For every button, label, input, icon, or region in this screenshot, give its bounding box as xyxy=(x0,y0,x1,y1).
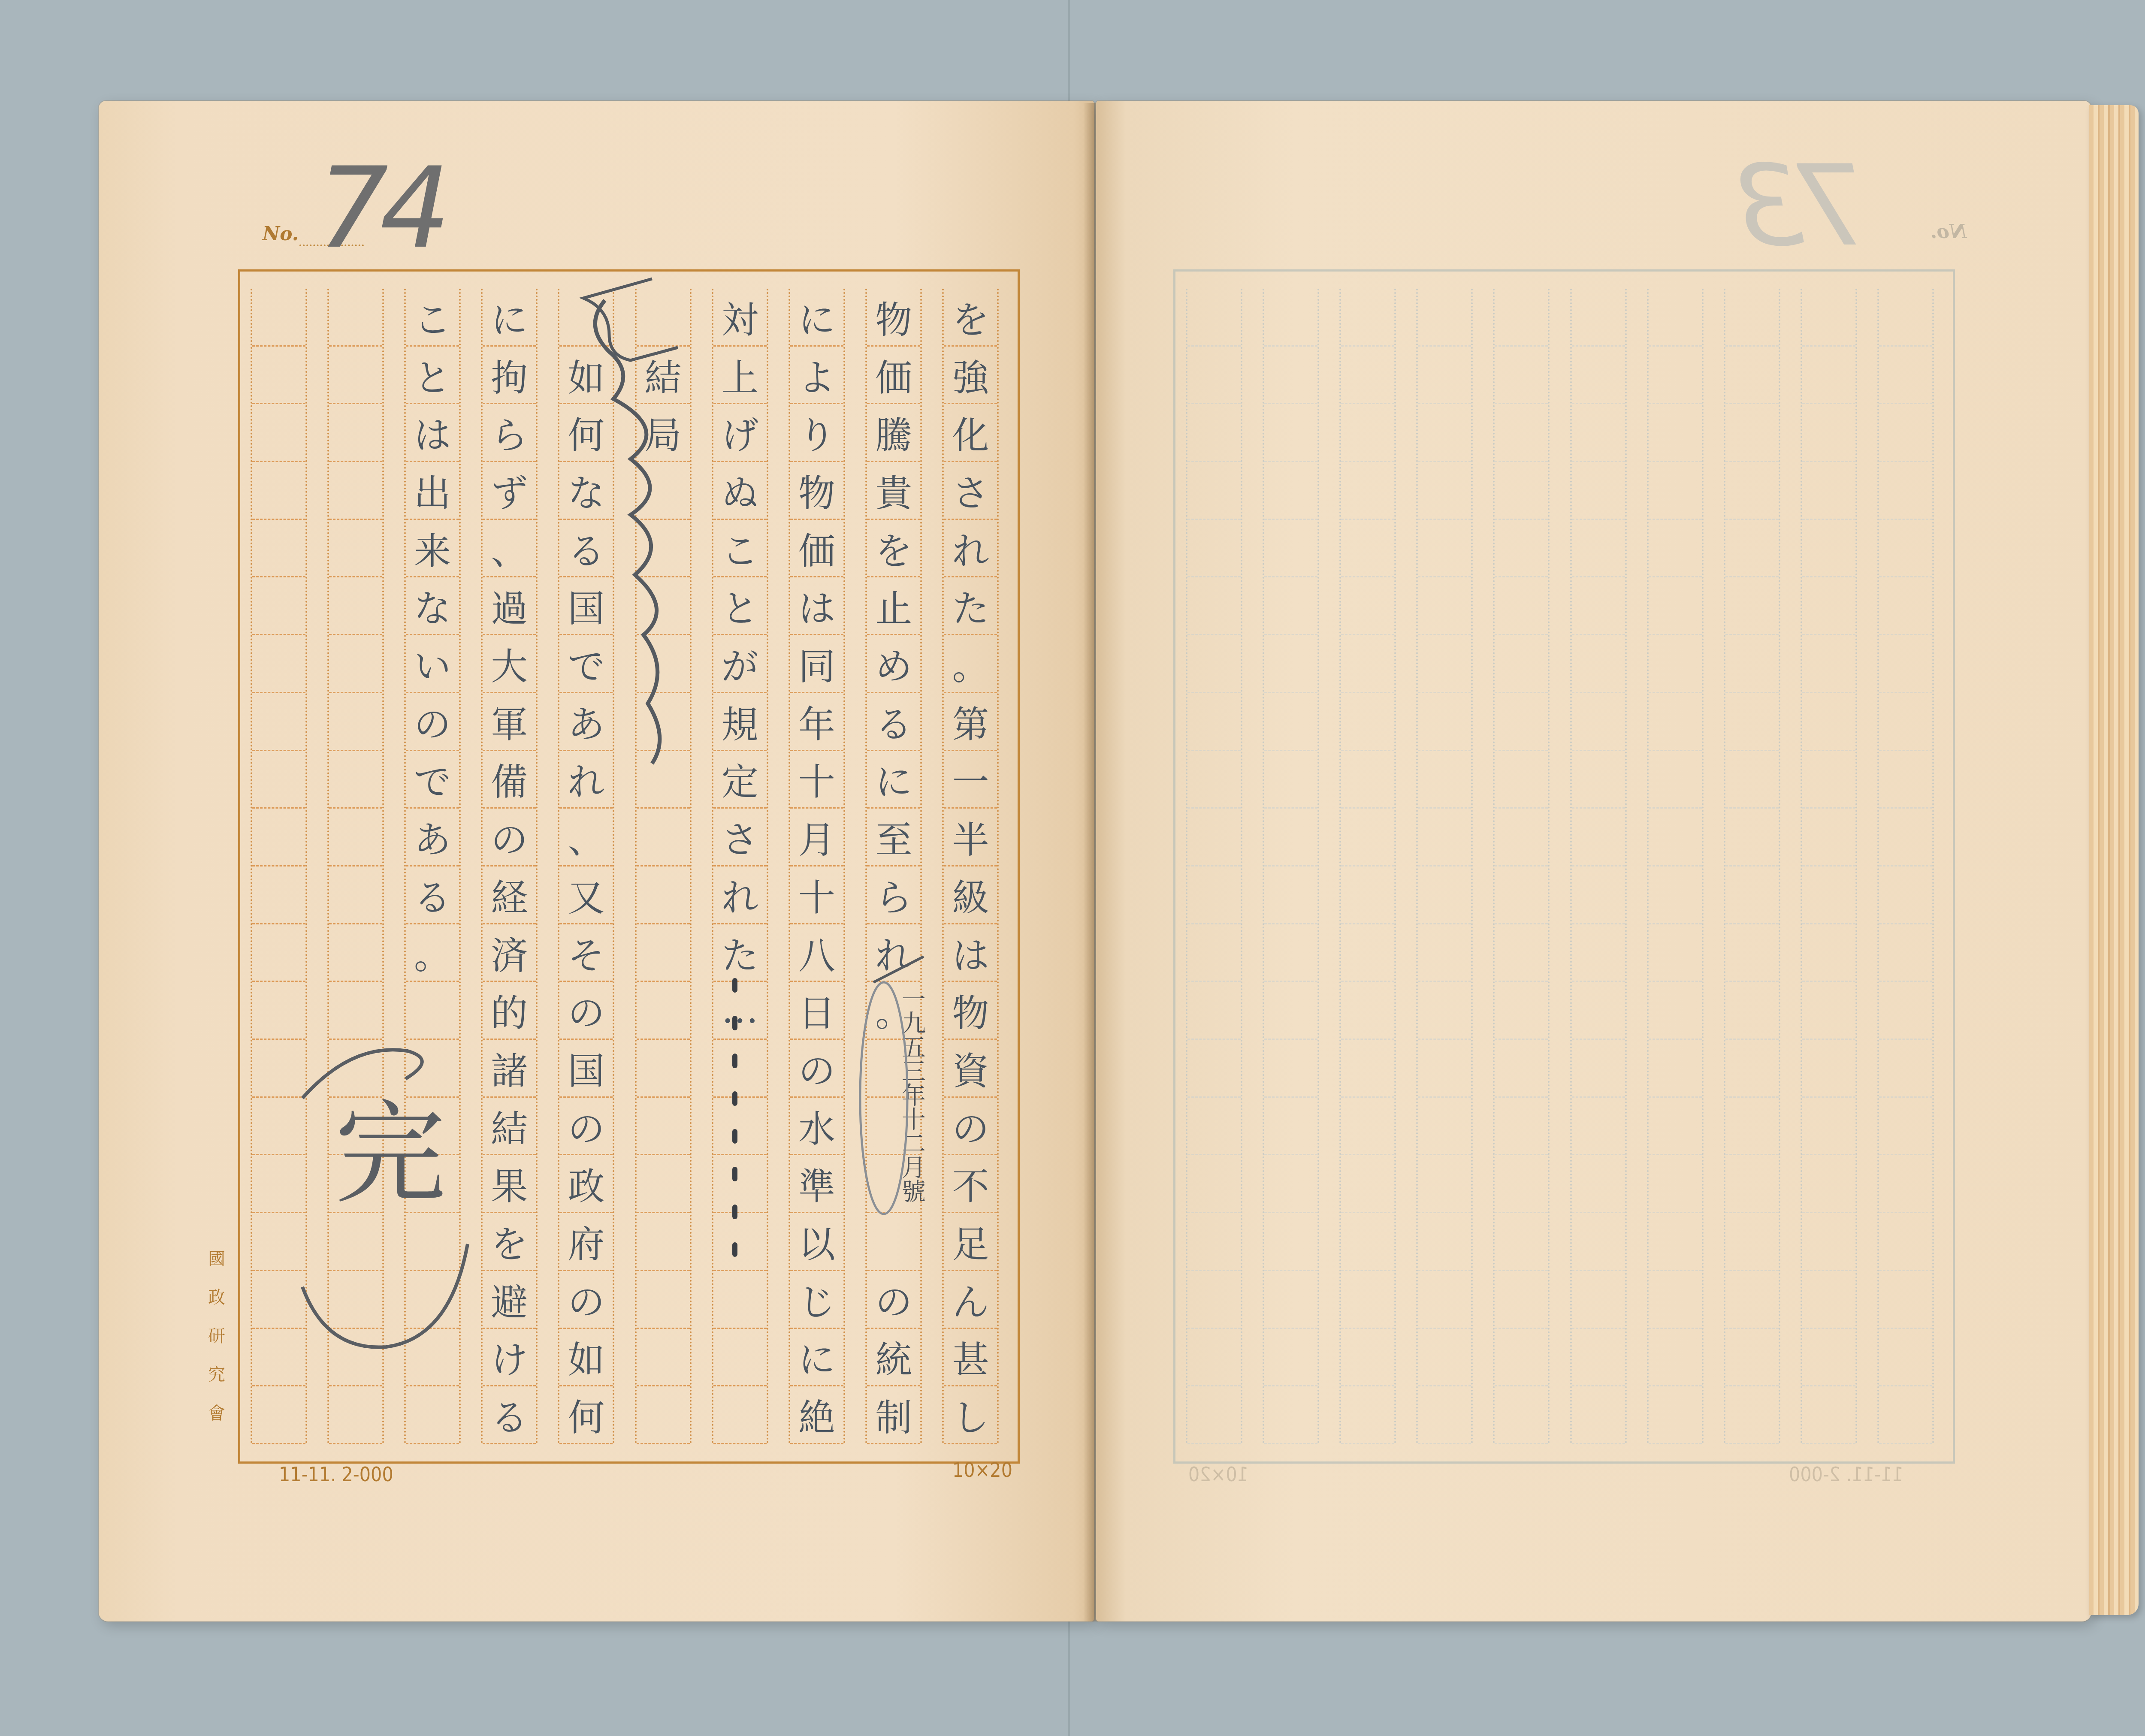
grid-cell xyxy=(1264,809,1317,866)
grid-cell: の xyxy=(406,693,459,751)
grid-cell xyxy=(1649,347,1702,405)
grid-cell xyxy=(1572,982,1625,1040)
grid-cell xyxy=(1264,1271,1317,1329)
grid-cell xyxy=(1649,809,1702,866)
page-number-label: No. xyxy=(263,223,299,245)
grid-cell xyxy=(1187,693,1241,751)
grid-cell xyxy=(1495,635,1548,693)
grid-cell xyxy=(1495,578,1548,636)
grid-cell: 年 xyxy=(790,693,843,751)
grid-cell: た xyxy=(713,924,767,982)
grid-cell: 止 xyxy=(867,578,920,636)
grid-cell: で xyxy=(559,635,613,693)
grid-cell xyxy=(1187,1156,1241,1214)
grid-cell xyxy=(1879,751,1932,809)
grid-cell: こ xyxy=(713,520,767,578)
grid-cell xyxy=(1187,1040,1241,1098)
grid-cell xyxy=(1879,1156,1932,1214)
grid-cell xyxy=(1802,1213,1855,1271)
grid-cell: 月 xyxy=(790,809,843,866)
grid-cell xyxy=(1572,1098,1625,1156)
grid-column xyxy=(251,289,307,1444)
grid-cell xyxy=(637,751,690,809)
grid-cell xyxy=(252,1213,305,1271)
grid-cell: 貴 xyxy=(867,462,920,520)
grid-cell xyxy=(1187,1098,1241,1156)
handwritten-page-number: 74 xyxy=(317,144,442,273)
grid-cell xyxy=(329,1213,382,1271)
grid-column xyxy=(1339,289,1396,1444)
grid-cell: 国 xyxy=(559,1040,613,1098)
grid-cell xyxy=(1572,1156,1625,1214)
grid-cell: た xyxy=(944,578,997,636)
grid-cell xyxy=(1725,635,1779,693)
grid-cell xyxy=(406,1271,459,1329)
grid-cell xyxy=(1879,462,1932,520)
grid-cell xyxy=(1341,347,1394,405)
grid-cell xyxy=(1725,289,1779,347)
grid-cell xyxy=(1725,866,1779,924)
grid-cell xyxy=(637,578,690,636)
grid-cell xyxy=(1649,693,1702,751)
grid-cell xyxy=(1572,924,1625,982)
grid-cell xyxy=(252,404,305,462)
grid-cell xyxy=(1495,982,1548,1040)
grid-cell xyxy=(1418,982,1471,1040)
grid-cell: の xyxy=(944,1098,997,1156)
grid-cell: は xyxy=(944,924,997,982)
grid-cell xyxy=(1725,462,1779,520)
grid-cell: が xyxy=(713,635,767,693)
grid-cell xyxy=(713,1329,767,1387)
grid-cell xyxy=(1187,1213,1241,1271)
grid-column: 結局 xyxy=(635,289,692,1444)
grid-cell xyxy=(1187,751,1241,809)
grid-cell: る xyxy=(406,866,459,924)
manuscript-grid: を強化された。第一半級は物資の不足ん甚し物価騰貴を止めるに至られ。の統制により物… xyxy=(238,269,1020,1464)
grid-cell xyxy=(1572,1386,1625,1444)
grid-cell xyxy=(329,1329,382,1387)
show-through-page-label: No. xyxy=(1930,221,1967,243)
grid-cell xyxy=(637,1271,690,1329)
grid-cell: け xyxy=(483,1329,536,1387)
grid-cell xyxy=(1264,289,1317,347)
grid-cell xyxy=(1187,982,1241,1040)
grid-cell xyxy=(252,1329,305,1387)
grid-cell xyxy=(1418,635,1471,693)
grid-cell xyxy=(1341,693,1394,751)
grid-cell xyxy=(252,1098,305,1156)
grid-cell: 物 xyxy=(944,982,997,1040)
grid-cell: 局 xyxy=(637,404,690,462)
grid-cell xyxy=(1341,1329,1394,1387)
grid-cell xyxy=(1802,751,1855,809)
grid-cell xyxy=(1341,635,1394,693)
grid-cell xyxy=(1418,866,1471,924)
publisher-char: 研 xyxy=(206,1317,227,1356)
grid-cell xyxy=(1879,693,1932,751)
grid-cell: 十 xyxy=(790,866,843,924)
grid-cell xyxy=(1341,520,1394,578)
grid-cell xyxy=(1572,289,1625,347)
grid-cell xyxy=(252,924,305,982)
grid-cell xyxy=(1879,1271,1932,1329)
grid-cell xyxy=(1341,1098,1394,1156)
grid-cell xyxy=(329,866,382,924)
grid-cell: ず xyxy=(483,462,536,520)
grid-cell xyxy=(1725,1213,1779,1271)
grid-cell: を xyxy=(483,1213,536,1271)
grid-cell xyxy=(1879,866,1932,924)
grid-cell xyxy=(1802,404,1855,462)
grid-cell xyxy=(1341,404,1394,462)
grid-cell: 十 xyxy=(790,751,843,809)
grid-cell xyxy=(1802,347,1855,405)
grid-cell xyxy=(1725,1040,1779,1098)
grid-cell xyxy=(1802,809,1855,866)
grid-cell: 物 xyxy=(790,462,843,520)
grid-cell: 足 xyxy=(944,1213,997,1271)
grid-cell xyxy=(1649,1040,1702,1098)
grid-cell: 日 xyxy=(790,982,843,1040)
grid-cell xyxy=(637,924,690,982)
grid-cell xyxy=(1802,982,1855,1040)
grid-cell xyxy=(1341,809,1394,866)
grid-cell xyxy=(252,635,305,693)
grid-cell xyxy=(1264,404,1317,462)
grid-cell xyxy=(329,1098,382,1156)
grid-cell xyxy=(1264,924,1317,982)
grid-cell xyxy=(1802,1329,1855,1387)
grid-cell: る xyxy=(867,693,920,751)
grid-cell xyxy=(1418,520,1471,578)
grid-cell xyxy=(1418,809,1471,866)
grid-cell: 、 xyxy=(483,520,536,578)
grid-cell xyxy=(1495,809,1548,866)
grid-cell xyxy=(637,982,690,1040)
grid-cell: 何 xyxy=(559,1386,613,1444)
grid-cell xyxy=(1418,1271,1471,1329)
grid-cell xyxy=(252,751,305,809)
grid-cell: 府 xyxy=(559,1213,613,1271)
grid-cell xyxy=(1572,462,1625,520)
grid-cell xyxy=(1418,347,1471,405)
grid-cell xyxy=(1187,578,1241,636)
grid-cell xyxy=(1341,1213,1394,1271)
grid-cell xyxy=(1802,693,1855,751)
grid-cell xyxy=(1572,1329,1625,1387)
grid-cell xyxy=(1725,404,1779,462)
grid-cell xyxy=(1572,1040,1625,1098)
grid-cell: ら xyxy=(483,404,536,462)
grid-cell: こ xyxy=(406,289,459,347)
grid-cell: 政 xyxy=(559,1156,613,1214)
grid-cell: ら xyxy=(867,866,920,924)
grid-cell: 以 xyxy=(790,1213,843,1271)
grid-cell xyxy=(329,751,382,809)
grid-cell xyxy=(1264,1329,1317,1387)
grid-cell: 的 xyxy=(483,982,536,1040)
grid-column: を強化された。第一半級は物資の不足ん甚し xyxy=(942,289,999,1444)
grid-cell xyxy=(1264,1213,1317,1271)
grid-cell xyxy=(1649,404,1702,462)
grid-cell xyxy=(1341,289,1394,347)
grid-cell xyxy=(1725,924,1779,982)
show-through-grid-size: 10×20 xyxy=(1188,1463,1248,1486)
grid-cell: 過 xyxy=(483,578,536,636)
grid-cell: 八 xyxy=(790,924,843,982)
grid-cell xyxy=(1802,866,1855,924)
grid-cell xyxy=(252,289,305,347)
grid-cell: 至 xyxy=(867,809,920,866)
grid-cell xyxy=(329,693,382,751)
publisher-char: 政 xyxy=(206,1278,227,1317)
grid-cell xyxy=(1495,1329,1548,1387)
grid-cell xyxy=(1802,1386,1855,1444)
grid-cell: 避 xyxy=(483,1271,536,1329)
grid-cell xyxy=(1264,982,1317,1040)
grid-cell xyxy=(637,289,690,347)
grid-cell xyxy=(1802,1040,1855,1098)
grid-cell: 資 xyxy=(944,1040,997,1098)
grid-cell: 結 xyxy=(637,347,690,405)
grid-cell xyxy=(1879,289,1932,347)
grid-cell xyxy=(329,462,382,520)
grid-cell: 準 xyxy=(790,1156,843,1214)
grid-cell: 結 xyxy=(483,1098,536,1156)
grid-cell: 制 xyxy=(867,1386,920,1444)
grid-cell xyxy=(1572,809,1625,866)
grid-cell xyxy=(1879,982,1932,1040)
grid-cell xyxy=(1879,1040,1932,1098)
grid-cell xyxy=(1418,462,1471,520)
grid-cell: 第 xyxy=(944,693,997,751)
grid-cell: の xyxy=(483,809,536,866)
grid-cell: の xyxy=(559,1098,613,1156)
grid-cell xyxy=(1341,578,1394,636)
grid-cell xyxy=(1725,1156,1779,1214)
grid-cell xyxy=(637,462,690,520)
grid-cell xyxy=(252,520,305,578)
grid-cell: は xyxy=(790,578,843,636)
grid-cell xyxy=(1802,289,1855,347)
grid-cell xyxy=(637,1329,690,1387)
grid-cell xyxy=(1418,1098,1471,1156)
grid-column: ことは出来ないのである。 xyxy=(404,289,461,1444)
grid-cell xyxy=(406,1213,459,1271)
grid-cell: に xyxy=(790,289,843,347)
grid-cell xyxy=(1495,1386,1548,1444)
grid-cell: 出 xyxy=(406,462,459,520)
grid-cell: 水 xyxy=(790,1098,843,1156)
grid-cell: 一 xyxy=(944,751,997,809)
grid-cell xyxy=(1725,1329,1779,1387)
deletion-dots xyxy=(732,978,738,1280)
grid-cell xyxy=(1418,289,1471,347)
grid-cell: 騰 xyxy=(867,404,920,462)
grid-cell: 軍 xyxy=(483,693,536,751)
grid-cell xyxy=(1725,982,1779,1040)
grid-cell xyxy=(1495,866,1548,924)
grid-cell: 対 xyxy=(713,289,767,347)
show-through-grid xyxy=(1173,269,1955,1464)
grid-cell: 強 xyxy=(944,347,997,405)
grid-cell xyxy=(329,1271,382,1329)
grid-cell xyxy=(637,520,690,578)
grid-cell xyxy=(1264,520,1317,578)
grid-cell xyxy=(1495,1040,1548,1098)
grid-cell xyxy=(1418,693,1471,751)
grid-cell xyxy=(1649,462,1702,520)
grid-cell: 同 xyxy=(790,635,843,693)
grid-cell: め xyxy=(867,635,920,693)
grid-cell xyxy=(1802,1271,1855,1329)
grid-cell: な xyxy=(406,578,459,636)
grid-cell: の xyxy=(559,1271,613,1329)
grid-cell xyxy=(1418,578,1471,636)
grid-cell xyxy=(1495,1213,1548,1271)
grid-cell: る xyxy=(483,1386,536,1444)
grid-column xyxy=(1647,289,1704,1444)
grid-cell: れ xyxy=(867,924,920,982)
grid-cell xyxy=(1649,1271,1702,1329)
grid-cell xyxy=(1802,1098,1855,1156)
grid-cell xyxy=(1879,924,1932,982)
grid-cell: 統 xyxy=(867,1329,920,1387)
grid-cell xyxy=(252,809,305,866)
grid-cell: し xyxy=(944,1386,997,1444)
grid-cell: 物 xyxy=(867,289,920,347)
grid-cell: 諸 xyxy=(483,1040,536,1098)
grid-cell xyxy=(329,982,382,1040)
grid-cell xyxy=(1187,635,1241,693)
grid-cell: の xyxy=(790,1040,843,1098)
grid-cell: そ xyxy=(559,924,613,982)
grid-cell xyxy=(1341,462,1394,520)
grid-column: に拘らず、過大軍備の経済的諸結果を避ける xyxy=(481,289,538,1444)
grid-cell xyxy=(1879,635,1932,693)
grid-cell xyxy=(1879,809,1932,866)
publisher-char: 究 xyxy=(206,1356,227,1394)
grid-cell xyxy=(1495,1098,1548,1156)
grid-cell xyxy=(252,866,305,924)
grid-cell: 定 xyxy=(713,751,767,809)
grid-cell: ぬ xyxy=(713,462,767,520)
grid-cell: 来 xyxy=(406,520,459,578)
grid-column xyxy=(1570,289,1627,1444)
grid-cell xyxy=(1649,1386,1702,1444)
grid-cell: 果 xyxy=(483,1156,536,1214)
grid-cell xyxy=(406,1156,459,1214)
grid-cell xyxy=(329,289,382,347)
grid-cell xyxy=(1264,1098,1317,1156)
grid-cell: れ xyxy=(713,866,767,924)
grid-cell: 備 xyxy=(483,751,536,809)
grid-cell xyxy=(329,520,382,578)
grid-cell xyxy=(329,924,382,982)
grid-cell xyxy=(252,462,305,520)
grid-cell xyxy=(1572,693,1625,751)
grid-cell xyxy=(1495,289,1548,347)
grid-cell xyxy=(1725,809,1779,866)
grid-column xyxy=(1416,289,1473,1444)
grid-cell: の xyxy=(559,982,613,1040)
page-edge-stack xyxy=(2089,105,2139,1615)
grid-cell xyxy=(1264,1040,1317,1098)
grid-cell xyxy=(1495,1156,1548,1214)
grid-cell: 価 xyxy=(790,520,843,578)
grid-column: 如何なる国であれ、又その国の政府の如何 xyxy=(558,289,614,1444)
grid-cell xyxy=(1495,520,1548,578)
grid-cell xyxy=(1572,578,1625,636)
grid-cell xyxy=(1187,462,1241,520)
grid-cell xyxy=(867,1213,920,1271)
grid-column xyxy=(327,289,384,1444)
grid-cell xyxy=(1341,866,1394,924)
grid-cell: い xyxy=(406,635,459,693)
grid-cell xyxy=(1725,1386,1779,1444)
grid-cell xyxy=(1187,1386,1241,1444)
grid-cell xyxy=(713,1098,767,1156)
grid-cell xyxy=(1725,693,1779,751)
grid-cell: 拘 xyxy=(483,347,536,405)
grid-cell xyxy=(1649,1156,1702,1214)
grid-cell xyxy=(1341,1040,1394,1098)
grid-cell xyxy=(1802,578,1855,636)
grid-cell xyxy=(329,1040,382,1098)
grid-column: により物価は同年十月十八日の水準以じに絶 xyxy=(789,289,845,1444)
grid-cell xyxy=(406,1040,459,1098)
grid-column xyxy=(1801,289,1857,1444)
grid-cell: と xyxy=(713,578,767,636)
grid-cell xyxy=(329,404,382,462)
publisher-char: 會 xyxy=(206,1394,227,1433)
grid-cell: 化 xyxy=(944,404,997,462)
grid-cell xyxy=(1187,347,1241,405)
grid-cell: 甚 xyxy=(944,1329,997,1387)
grid-cell: 国 xyxy=(559,578,613,636)
margin-insert-note: 一九五三年十二月號 xyxy=(894,987,929,1203)
grid-cell xyxy=(1187,809,1241,866)
grid-cell xyxy=(1802,1156,1855,1214)
grid-cell xyxy=(252,347,305,405)
grid-cell: り xyxy=(790,404,843,462)
grid-cell: 如 xyxy=(559,1329,613,1387)
grid-cell: と xyxy=(406,347,459,405)
grid-cell xyxy=(1341,1271,1394,1329)
grid-cell xyxy=(329,635,382,693)
grid-cell xyxy=(1649,866,1702,924)
grid-cell xyxy=(637,1156,690,1214)
grid-cell xyxy=(329,347,382,405)
grid-cell xyxy=(1418,1156,1471,1214)
grid-cell xyxy=(1725,520,1779,578)
grid-cell xyxy=(1649,520,1702,578)
grid-cell xyxy=(1879,1329,1932,1387)
grid-cell xyxy=(252,693,305,751)
grid-cell xyxy=(1649,1213,1702,1271)
grid-cell xyxy=(406,1329,459,1387)
grid-cell xyxy=(1802,462,1855,520)
grid-cell xyxy=(252,578,305,636)
grid-cell xyxy=(1649,289,1702,347)
grid-cell xyxy=(329,578,382,636)
publisher-char: 國 xyxy=(206,1240,227,1278)
grid-cell xyxy=(1572,751,1625,809)
grid-cell xyxy=(1495,924,1548,982)
grid-cell xyxy=(1572,347,1625,405)
grid-cell: に xyxy=(483,289,536,347)
